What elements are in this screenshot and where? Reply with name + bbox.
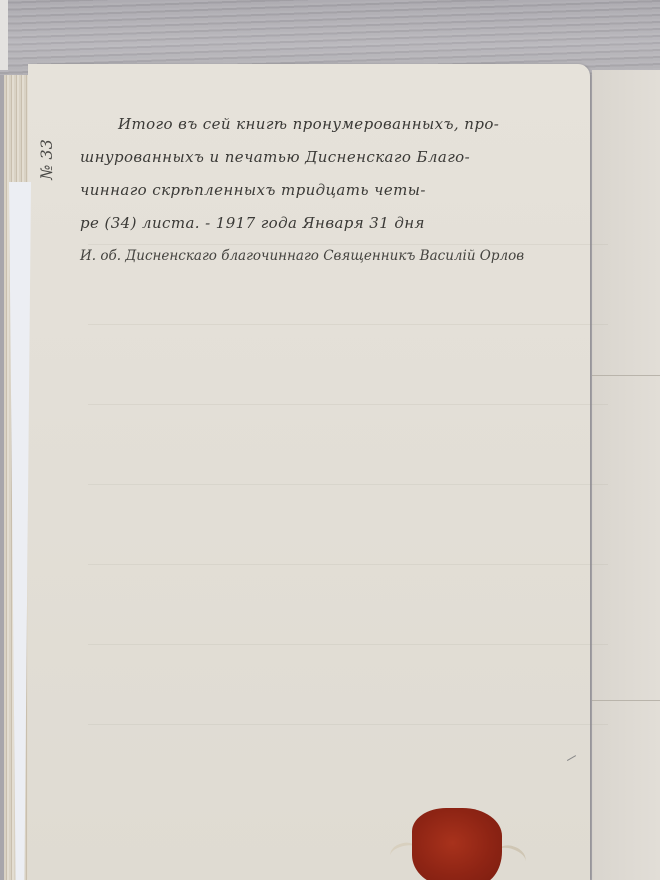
margin-number-note: № 33 — [37, 139, 56, 180]
table-edge — [0, 0, 8, 70]
signature-line: И. об. Дисненскаго благочиннаго Священни… — [80, 240, 590, 273]
wax-seal — [412, 808, 502, 880]
text-line-4-date: ре (34) листа. - 1917 года Января 31 дня — [80, 207, 590, 240]
text-line-2: шнурованныхъ и печатью Дисненскаго Благо… — [80, 141, 590, 174]
text-line-1: Итого въ сей книгѣ пронумерованныхъ, про… — [80, 108, 590, 141]
handwritten-text: Итого въ сей книгѣ пронумерованныхъ, про… — [80, 108, 590, 273]
text-line-3: чиннаго скрѣпленныхъ тридцать четы- — [80, 174, 590, 207]
adjacent-page — [592, 70, 660, 880]
